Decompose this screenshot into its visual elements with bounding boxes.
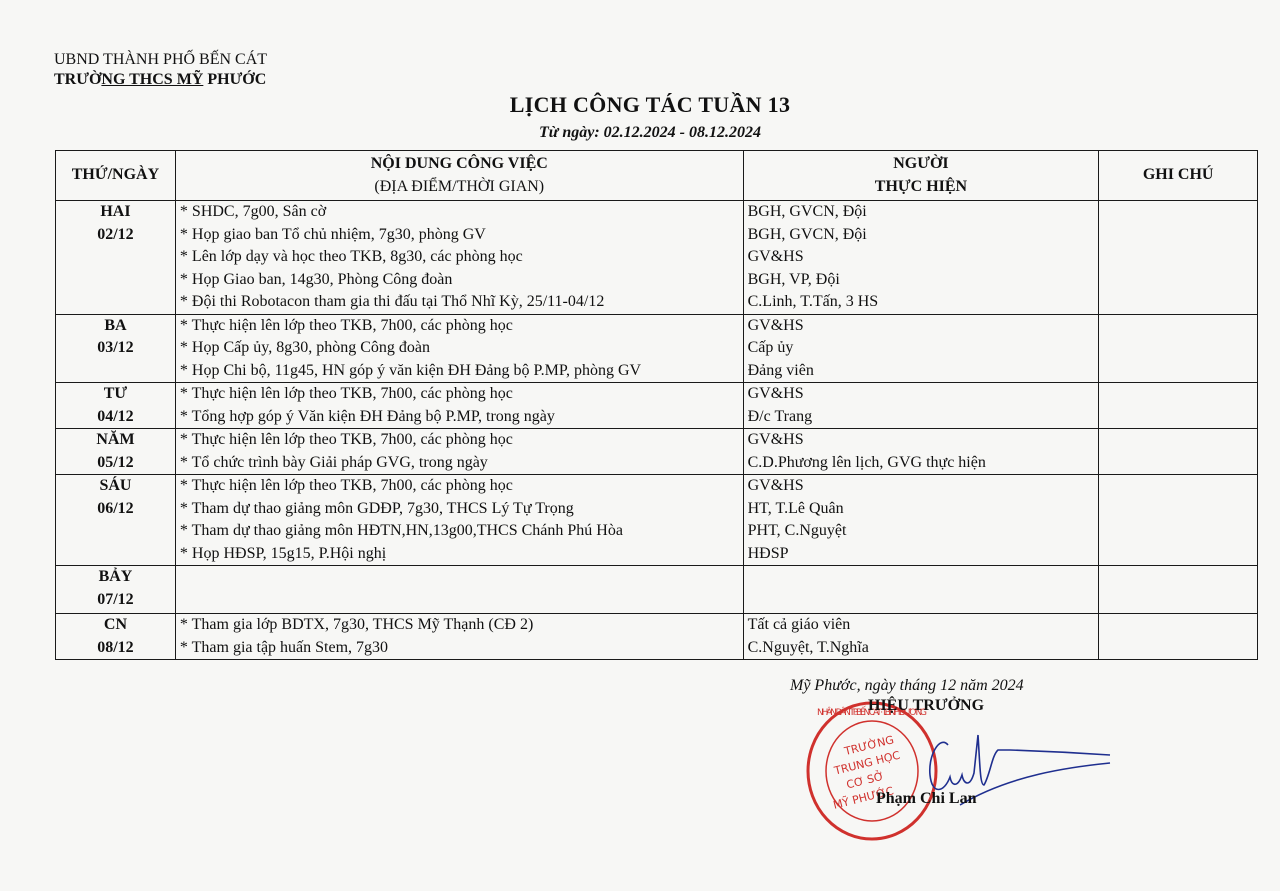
person-item: GV&HS — [748, 246, 1095, 269]
tasks-cell: * Thực hiện lên lớp theo TKB, 7h00, các … — [175, 429, 743, 475]
task-item: * Đội thi Robotacon tham gia thi đấu tại… — [180, 291, 739, 314]
column-header-person: NGƯỜI THỰC HIỆN — [743, 151, 1099, 201]
organization-header: UBND THÀNH PHỐ BẾN CÁT TRƯỜNG THCS MỸ PH… — [54, 50, 267, 90]
people-cell: GV&HSHT, T.Lê QuânPHT, C.NguyệtHĐSP — [743, 475, 1099, 566]
table-row: TƯ04/12* Thực hiện lên lớp theo TKB, 7h0… — [56, 383, 1258, 429]
task-item: * Thực hiện lên lớp theo TKB, 7h00, các … — [180, 429, 739, 452]
date-label: 04/12 — [60, 406, 171, 429]
day-cell: BẢY07/12 — [56, 566, 176, 614]
task-item: * Thực hiện lên lớp theo TKB, 7h00, các … — [180, 383, 739, 406]
person-item: Cấp ủy — [748, 337, 1095, 360]
tasks-cell — [175, 566, 743, 614]
note-cell — [1099, 314, 1258, 383]
person-item: HĐSP — [748, 543, 1095, 566]
weekday-label: BA — [60, 315, 171, 338]
person-item: Đ/c Trang — [748, 406, 1095, 429]
task-item: * SHDC, 7g00, Sân cờ — [180, 201, 739, 224]
day-cell: SÁU06/12 — [56, 475, 176, 566]
person-item: Tất cả giáo viên — [748, 614, 1095, 637]
signer-name: Phạm Chi Lan — [876, 790, 976, 808]
place-date: Mỹ Phước, ngày tháng 12 năm 2024 — [790, 677, 1024, 695]
people-cell: GV&HSC.D.Phương lên lịch, GVG thực hiện — [743, 429, 1099, 475]
column-header-day: THỨ/NGÀY — [56, 151, 176, 201]
date-label: 02/12 — [60, 224, 171, 247]
person-item: Đảng viên — [748, 360, 1095, 383]
person-item: HT, T.Lê Quân — [748, 498, 1095, 521]
weekday-label: HAI — [60, 201, 171, 224]
document-title: LỊCH CÔNG TÁC TUẦN 13 — [0, 92, 1280, 118]
table-row: BẢY07/12 — [56, 566, 1258, 614]
note-cell — [1099, 201, 1258, 315]
task-item: * Họp giao ban Tổ chủ nhiệm, 7g30, phòng… — [180, 224, 739, 247]
note-cell — [1099, 429, 1258, 475]
person-item: GV&HS — [748, 429, 1095, 452]
task-item: * Họp Cấp ủy, 8g30, phòng Công đoàn — [180, 337, 739, 360]
weekday-label: SÁU — [60, 475, 171, 498]
people-cell: GV&HSCấp ủyĐảng viên — [743, 314, 1099, 383]
person-item: BGH, GVCN, Đội — [748, 201, 1095, 224]
table-row: CN08/12* Tham gia lớp BDTX, 7g30, THCS M… — [56, 614, 1258, 660]
day-cell: NĂM05/12 — [56, 429, 176, 475]
task-item: * Lên lớp dạy và học theo TKB, 8g30, các… — [180, 246, 739, 269]
note-cell — [1099, 566, 1258, 614]
task-item: * Tham gia tập huấn Stem, 7g30 — [180, 637, 739, 660]
task-item: * Tổng hợp góp ý Văn kiện ĐH Đảng bộ P.M… — [180, 406, 739, 429]
tasks-cell: * Thực hiện lên lớp theo TKB, 7h00, các … — [175, 475, 743, 566]
date-label: 06/12 — [60, 498, 171, 521]
task-item: * Tham gia lớp BDTX, 7g30, THCS Mỹ Thạnh… — [180, 614, 739, 637]
org-parent-name: UBND THÀNH PHỐ BẾN CÁT — [54, 50, 267, 70]
weekday-label: BẢY — [60, 566, 171, 589]
column-header-note: GHI CHÚ — [1099, 151, 1258, 201]
task-item: * Họp Giao ban, 14g30, Phòng Công đoàn — [180, 269, 739, 292]
table-row: BA03/12* Thực hiện lên lớp theo TKB, 7h0… — [56, 314, 1258, 383]
day-cell: BA03/12 — [56, 314, 176, 383]
column-header-content: NỘI DUNG CÔNG VIỆC (ĐỊA ĐIỂM/THỜI GIAN) — [175, 151, 743, 201]
task-item: * Họp HĐSP, 15g15, P.Hội nghị — [180, 543, 739, 566]
people-cell: Tất cả giáo viênC.Nguyệt, T.Nghĩa — [743, 614, 1099, 660]
schedule-table: THỨ/NGÀY NỘI DUNG CÔNG VIỆC (ĐỊA ĐIỂM/TH… — [55, 150, 1258, 660]
day-cell: CN08/12 — [56, 614, 176, 660]
day-cell: HAI02/12 — [56, 201, 176, 315]
date-label: 07/12 — [60, 589, 171, 612]
note-cell — [1099, 383, 1258, 429]
person-item: GV&HS — [748, 475, 1095, 498]
people-cell: GV&HSĐ/c Trang — [743, 383, 1099, 429]
tasks-cell: * Thực hiện lên lớp theo TKB, 7h00, các … — [175, 314, 743, 383]
table-row: HAI02/12* SHDC, 7g00, Sân cờ* Họp giao b… — [56, 201, 1258, 315]
people-cell — [743, 566, 1099, 614]
date-label: 05/12 — [60, 452, 171, 475]
person-item: GV&HS — [748, 315, 1095, 338]
person-item: C.D.Phương lên lịch, GVG thực hiện — [748, 452, 1095, 475]
table-row: NĂM05/12* Thực hiện lên lớp theo TKB, 7h… — [56, 429, 1258, 475]
task-item: * Họp Chi bộ, 11g45, HN góp ý văn kiện Đ… — [180, 360, 739, 383]
weekday-label: TƯ — [60, 383, 171, 406]
person-item: GV&HS — [748, 383, 1095, 406]
person-item: C.Linh, T.Tấn, 3 HS — [748, 291, 1095, 314]
task-item: * Tham dự thao giảng môn GDĐP, 7g30, THC… — [180, 498, 739, 521]
note-cell — [1099, 614, 1258, 660]
date-label: 08/12 — [60, 637, 171, 660]
person-item: BGH, VP, Đội — [748, 269, 1095, 292]
person-item: C.Nguyệt, T.Nghĩa — [748, 637, 1095, 660]
weekday-label: CN — [60, 614, 171, 637]
tasks-cell: * Tham gia lớp BDTX, 7g30, THCS Mỹ Thạnh… — [175, 614, 743, 660]
task-item: * Thực hiện lên lớp theo TKB, 7h00, các … — [180, 475, 739, 498]
table-header-row: THỨ/NGÀY NỘI DUNG CÔNG VIỆC (ĐỊA ĐIỂM/TH… — [56, 151, 1258, 201]
person-item: PHT, C.Nguyệt — [748, 520, 1095, 543]
table-row: SÁU06/12* Thực hiện lên lớp theo TKB, 7h… — [56, 475, 1258, 566]
school-name: TRƯỜNG THCS MỸ PHƯỚC — [54, 70, 267, 90]
person-item: BGH, GVCN, Đội — [748, 224, 1095, 247]
task-item: * Thực hiện lên lớp theo TKB, 7h00, các … — [180, 315, 739, 338]
weekday-label: NĂM — [60, 429, 171, 452]
task-item: * Tổ chức trình bày Giải pháp GVG, trong… — [180, 452, 739, 475]
signer-title: HIỆU TRƯỞNG — [868, 697, 984, 715]
tasks-cell: * Thực hiện lên lớp theo TKB, 7h00, các … — [175, 383, 743, 429]
day-cell: TƯ04/12 — [56, 383, 176, 429]
tasks-cell: * SHDC, 7g00, Sân cờ* Họp giao ban Tổ ch… — [175, 201, 743, 315]
date-range: Từ ngày: 02.12.2024 - 08.12.2024 — [0, 124, 1280, 142]
note-cell — [1099, 475, 1258, 566]
people-cell: BGH, GVCN, ĐộiBGH, GVCN, ĐộiGV&HSBGH, VP… — [743, 201, 1099, 315]
date-label: 03/12 — [60, 337, 171, 360]
task-item: * Tham dự thao giảng môn HĐTN,HN,13g00,T… — [180, 520, 739, 543]
